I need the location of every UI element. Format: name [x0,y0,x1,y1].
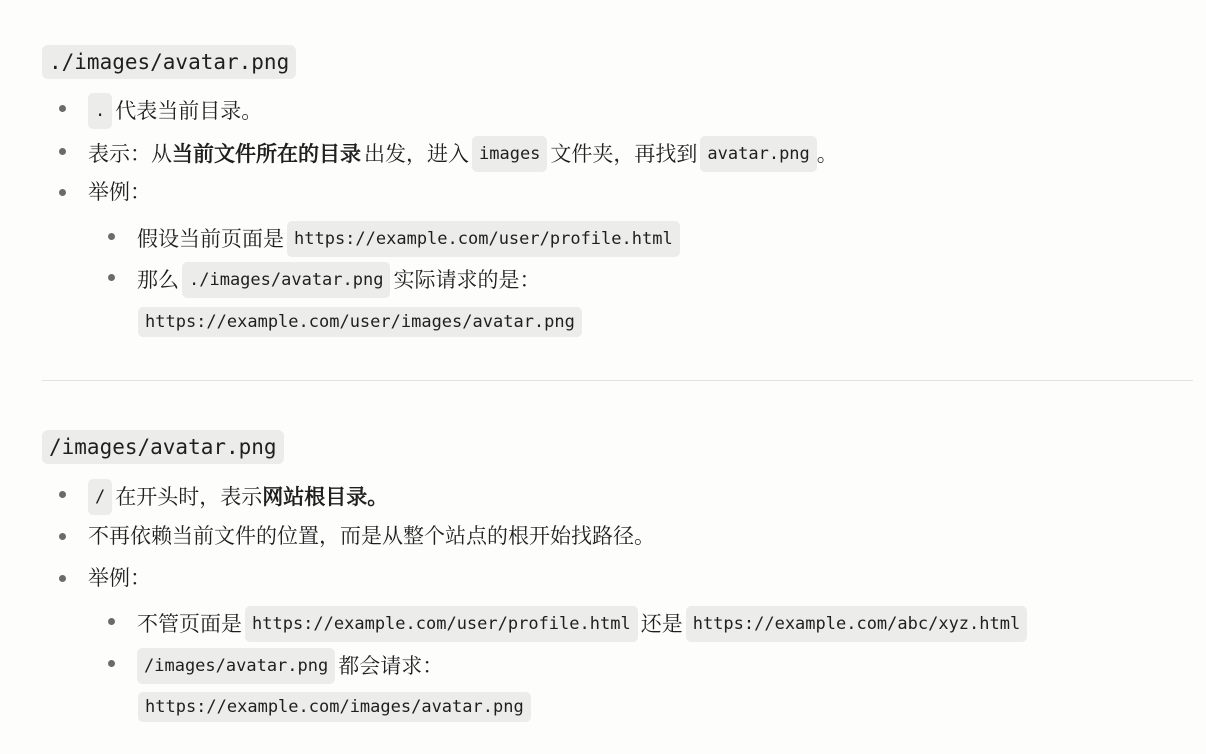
section-divider [42,380,1193,381]
bullet-icon [108,274,115,281]
list-item: 举例： [88,177,151,207]
sub-list-item: 那么 ./images/avatar.png 实际请求的是： [137,262,543,298]
item-text: 出发，进入 [364,139,469,169]
item-text: 假设当前页面是 [137,224,284,254]
item-text: 在开头时，表示 [115,482,262,512]
section2-heading-code: /images/avatar.png [42,430,284,464]
list-item: . 代表当前目录。 [88,93,265,129]
inline-code: images [472,136,547,172]
bullet-icon [59,105,66,112]
item-text: 。 [817,139,838,169]
inline-code: / [88,479,112,515]
bold-text: 当前文件所在的目录 [172,139,361,169]
inline-code: ./images/avatar.png [182,262,390,298]
list-item: / 在开头时，表示网站根目录。 [88,479,388,515]
bullet-icon [59,575,66,582]
inline-code: https://example.com/abc/xyz.html [686,606,1028,642]
inline-code: /images/avatar.png [137,648,335,684]
bullet-icon [59,148,66,155]
item-text: 举例： [88,177,151,207]
bullet-icon [108,618,115,625]
bullet-icon [108,660,115,667]
bullet-icon [108,233,115,240]
result-url-code: https://example.com/images/avatar.png [138,692,531,722]
bullet-icon [59,533,66,540]
result-url-code: https://example.com/user/images/avatar.p… [138,307,582,337]
inline-code: . [88,93,112,129]
sub-list-item: /images/avatar.png 都会请求： [137,648,446,684]
inline-code: https://example.com/user/profile.html [245,606,638,642]
list-item: 表示：从当前文件所在的目录出发，进入 images 文件夹，再找到 avatar… [88,136,838,172]
bullet-icon [59,189,66,196]
sub-list-item: 假设当前页面是 https://example.com/user/profile… [137,221,680,257]
item-text: 不管页面是 [137,609,242,639]
inline-code: avatar.png [700,136,816,172]
item-text: 代表当前目录。 [115,96,262,126]
item-text: 举例： [88,563,151,593]
list-item: 不再依赖当前文件的位置，而是从整个站点的根开始找路径。 [88,521,655,551]
item-text: 还是 [641,609,683,639]
item-text: 不再依赖当前文件的位置，而是从整个站点的根开始找路径。 [88,521,655,551]
list-item: 举例： [88,563,151,593]
sub-list-item: 不管页面是 https://example.com/user/profile.h… [137,606,1027,642]
item-text: 表示：从 [88,139,172,169]
item-text: 实际请求的是： [393,265,540,295]
section1-heading-code: ./images/avatar.png [42,45,296,79]
item-text: 那么 [137,265,179,295]
inline-code: https://example.com/user/profile.html [287,221,680,257]
bullet-icon [59,491,66,498]
item-text: 文件夹，再找到 [550,139,697,169]
item-text: 都会请求： [338,651,443,681]
bold-text: 网站根目录。 [262,482,388,512]
